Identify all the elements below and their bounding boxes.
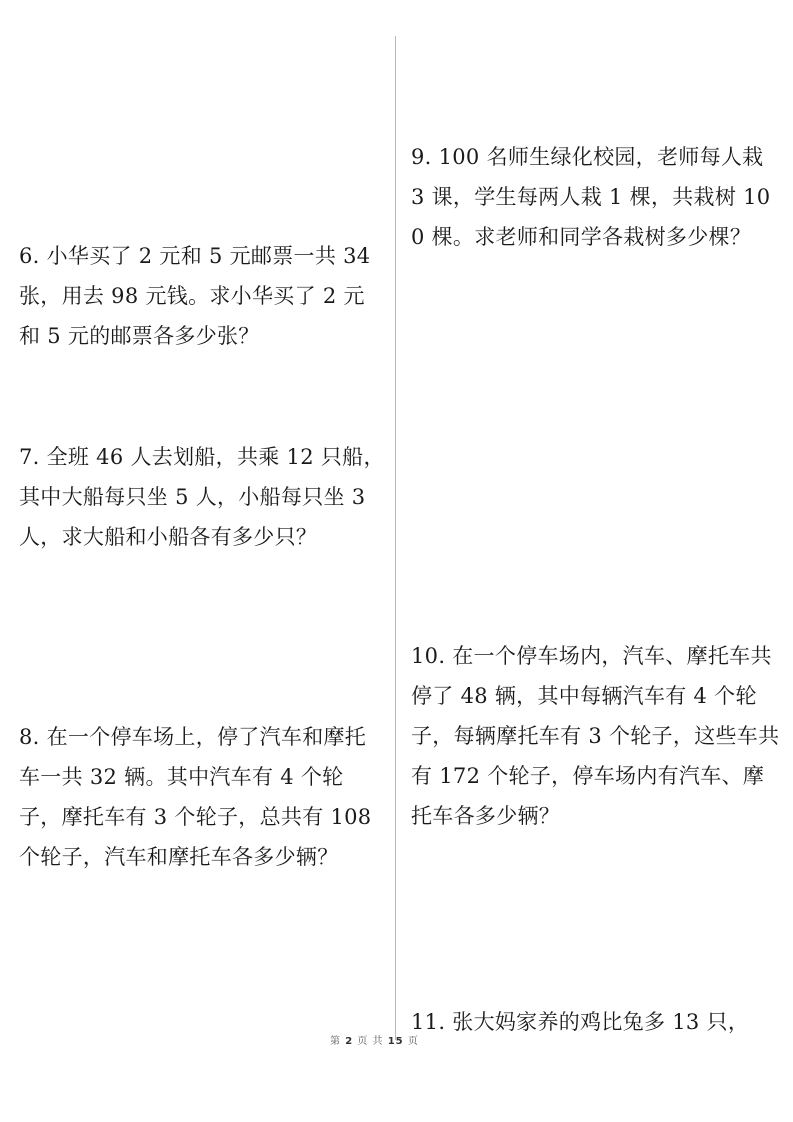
problem-7: 7. 全班 46 人去划船，共乘 12 只船，其中大船每只坐 5 人，小船每只坐… <box>19 437 385 557</box>
problem-9: 9. 100 名师生绿化校园，老师每人栽 3 课，学生每两人栽 1 棵，共栽树 … <box>411 137 781 257</box>
current-page-number: 2 <box>345 1036 353 1047</box>
problem-10: 10. 在一个停车场内，汽车、摩托车共停了 48 辆，其中每辆汽车有 4 个轮子… <box>411 636 781 836</box>
problem-11: 11. 张大妈家养的鸡比兔多 13 只， <box>411 1002 781 1042</box>
page-footer: 第 2 页 共 15 页 <box>330 1032 419 1047</box>
footer-prefix: 第 <box>330 1036 341 1047</box>
problem-6: 6. 小华买了 2 元和 5 元邮票一共 34 张，用去 98 元钱。求小华买了… <box>19 236 385 356</box>
footer-middle: 页 共 <box>357 1036 383 1047</box>
problem-8: 8. 在一个停车场上，停了汽车和摩托车一共 32 辆。其中汽车有 4 个轮子，摩… <box>19 717 385 877</box>
footer-suffix: 页 <box>408 1036 419 1047</box>
column-divider <box>395 36 396 1040</box>
total-page-count: 15 <box>388 1036 404 1047</box>
